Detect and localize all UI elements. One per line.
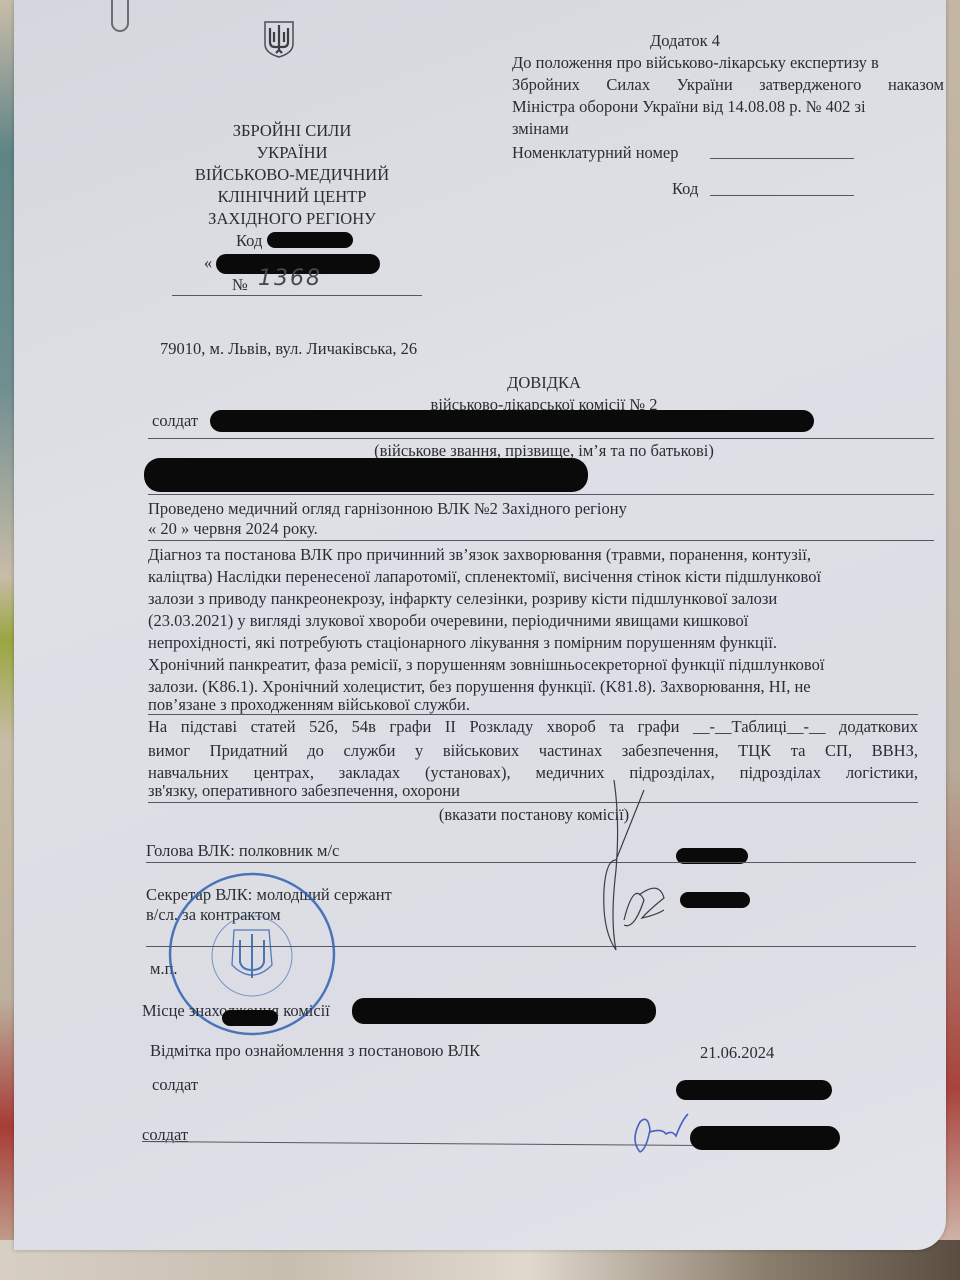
- nomenclature-label: Номенклатурний номер: [512, 142, 678, 163]
- org-line-2: УКРАЇНИ: [144, 142, 440, 163]
- org-line-3: ВІЙСЬКОВО-МЕДИЧНИЙ: [144, 164, 440, 185]
- decision-caption: (вказати постанову комісії): [144, 804, 924, 825]
- decision-line: вимог Придатний до служби у військових ч…: [148, 740, 918, 761]
- org-code-label: Код: [236, 230, 262, 251]
- diagnosis-line: залози з приводу панкреонекрозу, інфаркт…: [148, 588, 777, 609]
- diagnosis-line: Хронічний панкреатит, фаза ремісії, з по…: [148, 654, 824, 675]
- acknowledgement-date: 21.06.2024: [700, 1042, 774, 1063]
- person-underline: [148, 438, 934, 439]
- number-label: №: [232, 274, 248, 295]
- decision-line: зв'язку, оперативного забезпечення, охор…: [148, 780, 460, 801]
- appendix-title: Додаток 4: [650, 30, 720, 51]
- diagnosis-line: каліцтва) Наслідки перенесеної лапаротом…: [148, 566, 821, 587]
- redaction-org-code: [267, 232, 353, 248]
- address: 79010, м. Львів, вул. Личаківська, 26: [160, 338, 417, 359]
- regulation-line-1: До положення про військово-лікарську екс…: [512, 52, 879, 73]
- redaction-person-name: [210, 410, 814, 432]
- diagnosis-line: (23.03.2021) у вигляді злукової хвороби …: [148, 610, 748, 631]
- redaction-soldier-name-2: [690, 1126, 840, 1150]
- regulation-line-4: змінами: [512, 118, 569, 139]
- diagnosis-underline: [148, 714, 918, 715]
- signature-head: [594, 780, 684, 960]
- exam-underline: [148, 540, 934, 541]
- head-label: Голова ВЛК: полковник м/с: [146, 840, 339, 861]
- regulation-line-3: Міністра оборони України від 14.08.08 р.…: [512, 96, 866, 117]
- redaction-soldier-name-1: [676, 1080, 832, 1100]
- code-label-right: Код: [672, 178, 698, 199]
- code-field-right[interactable]: [710, 195, 854, 196]
- acknowledgement-label: Відмітка про ознайомлення з постановою В…: [150, 1040, 480, 1061]
- diagnosis-line: Діагноз та постанова ВЛК про причинний з…: [148, 544, 811, 565]
- person-rank: солдат: [152, 410, 198, 431]
- nomenclature-field[interactable]: [710, 158, 854, 159]
- org-line-4: КЛІНІЧНИЙ ЦЕНТР: [144, 186, 440, 207]
- decision-line: На підставі статей 52б, 54в графи ІІ Роз…: [148, 716, 918, 737]
- diagnosis-line: непрохідності, які потребують стаціонарн…: [148, 632, 777, 653]
- paper-clip-icon: [111, 0, 129, 32]
- redaction-location: [352, 998, 656, 1024]
- regulation-line-2: Збройних Силах України затвердженого нак…: [512, 74, 944, 95]
- trident-icon: [262, 20, 296, 58]
- redaction-location-2: [222, 1010, 278, 1026]
- head-underline: [146, 862, 916, 863]
- number-value: 1368: [258, 268, 322, 289]
- exam-date: « 20 » червня 2024 року.: [148, 518, 318, 539]
- soldier-signature-line[interactable]: [142, 1141, 702, 1146]
- decision-underline: [148, 802, 918, 803]
- org-line-1: ЗБРОЙНІ СИЛИ: [144, 120, 440, 141]
- number-underline: [172, 295, 422, 296]
- redaction-person-details: [144, 458, 588, 492]
- date-quote: «: [204, 252, 212, 273]
- document-title: ДОВІДКА: [144, 372, 944, 393]
- acknowledgement-rank-1: солдат: [152, 1074, 198, 1095]
- diagnosis-line: пов’язане з проходженням військової служ…: [148, 694, 470, 715]
- document-page: Додаток 4 До положення про військово-лік…: [14, 0, 946, 1250]
- org-line-5: ЗАХІДНОГО РЕГІОНУ: [144, 208, 440, 229]
- redaction-secretary-name: [680, 892, 750, 908]
- details-underline: [148, 494, 934, 495]
- exam-line-1: Проведено медичний огляд гарнізонною ВЛК…: [148, 498, 627, 519]
